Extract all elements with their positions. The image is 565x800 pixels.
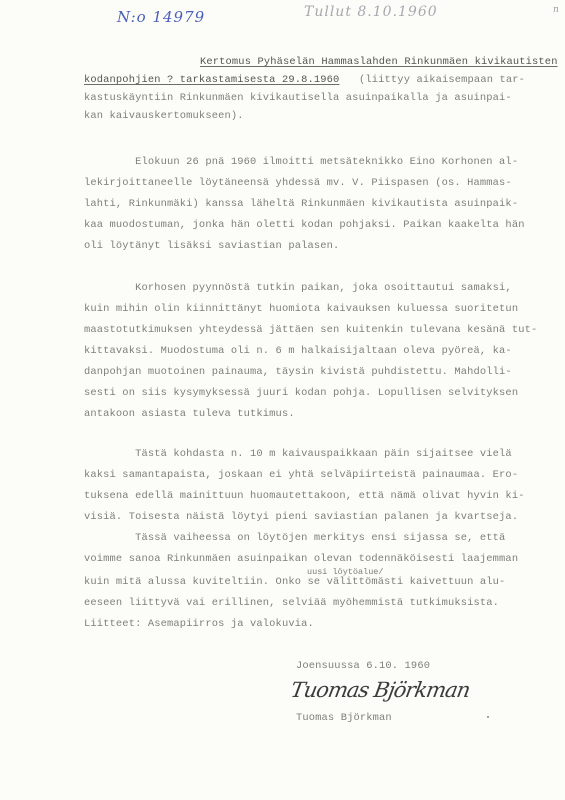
text-line: tuksena edellä mainittuun huomautettakoo… — [84, 490, 525, 502]
text-line: Liitteet: Asemapiirros ja valokuvia. — [84, 618, 314, 630]
typed-name: Tuomas Björkman — [296, 712, 392, 724]
text-line: Tässä vaiheessa on löytöjen merkitys ens… — [84, 532, 505, 544]
text-line: Korhosen pyynnöstä tutkin paikan, joka o… — [84, 282, 512, 294]
page-mark: n — [553, 5, 559, 15]
text-line: lahti, Rinkunmäki) kanssa läheltä Rinkun… — [84, 198, 518, 210]
text-line: kuin mitä alussa kuviteltiin. Onko se vä… — [84, 576, 505, 588]
text-line: maastotutkimuksen yhteydessä jättäen sen… — [84, 324, 537, 336]
handwritten-signature: Tuomas Björkman — [289, 678, 472, 702]
document-page: N:o 14979 Tullut 8.10.1960 n Kertomus Py… — [0, 0, 565, 800]
text-line: Tästä kohdasta n. 10 m kaivauspaikkaan p… — [84, 448, 512, 460]
catalog-number: N:o 14979 — [117, 8, 205, 26]
text-line: antakoon asiasta tuleva tutkimus. — [84, 408, 295, 420]
title-line-2b: (liittyy aikaisempaan tar- — [359, 74, 525, 86]
text-line: kaksi samantapaista, joskaan ei yhtä sel… — [84, 469, 518, 481]
text-line: danpohjan muotoinen painauma, täysin kiv… — [84, 366, 512, 378]
text-line: sesti on siis kysymyksessä juuri kodan p… — [84, 387, 518, 399]
text-line: kuin mihin olin kiinnittänyt huomiota ka… — [84, 303, 518, 315]
text-line: oli löytänyt lisäksi saviastian palasen. — [84, 240, 339, 252]
text-line: visiä. Toisesta näistä löytyi pieni savi… — [84, 511, 518, 523]
place-date: Joensuussa 6.10. 1960 — [296, 660, 430, 672]
title-line-2: kodanpohjien ? tarkastamisesta 29.8.1960 — [84, 74, 339, 86]
text-line: kittavaksi. Muodostuma oli n. 6 m halkai… — [84, 345, 512, 357]
title-line-4: kan kaivauskertomukseen). — [84, 110, 244, 122]
text-line: kaa muodostuman, jonka hän oletti kodan … — [84, 219, 525, 231]
ink-speck — [487, 716, 489, 718]
text-line: lekirjoittaneelle löytäneensä yhdessä mv… — [84, 177, 512, 189]
title-line-1: Kertomus Pyhäselän Hammaslahden Rinkunmä… — [200, 56, 558, 68]
title-line-3: kastuskäyntiin Rinkunmäen kivikautisella… — [84, 92, 512, 104]
arrival-stamp: Tullut 8.10.1960 — [304, 4, 438, 20]
text-line: voimme sanoa Rinkunmäen asuinpaikan olev… — [84, 553, 518, 565]
text-line: Elokuun 26 pnä 1960 ilmoitti metsäteknik… — [84, 156, 518, 168]
text-line: eeseen liittyvä vai erillinen, selviää m… — [84, 597, 499, 609]
